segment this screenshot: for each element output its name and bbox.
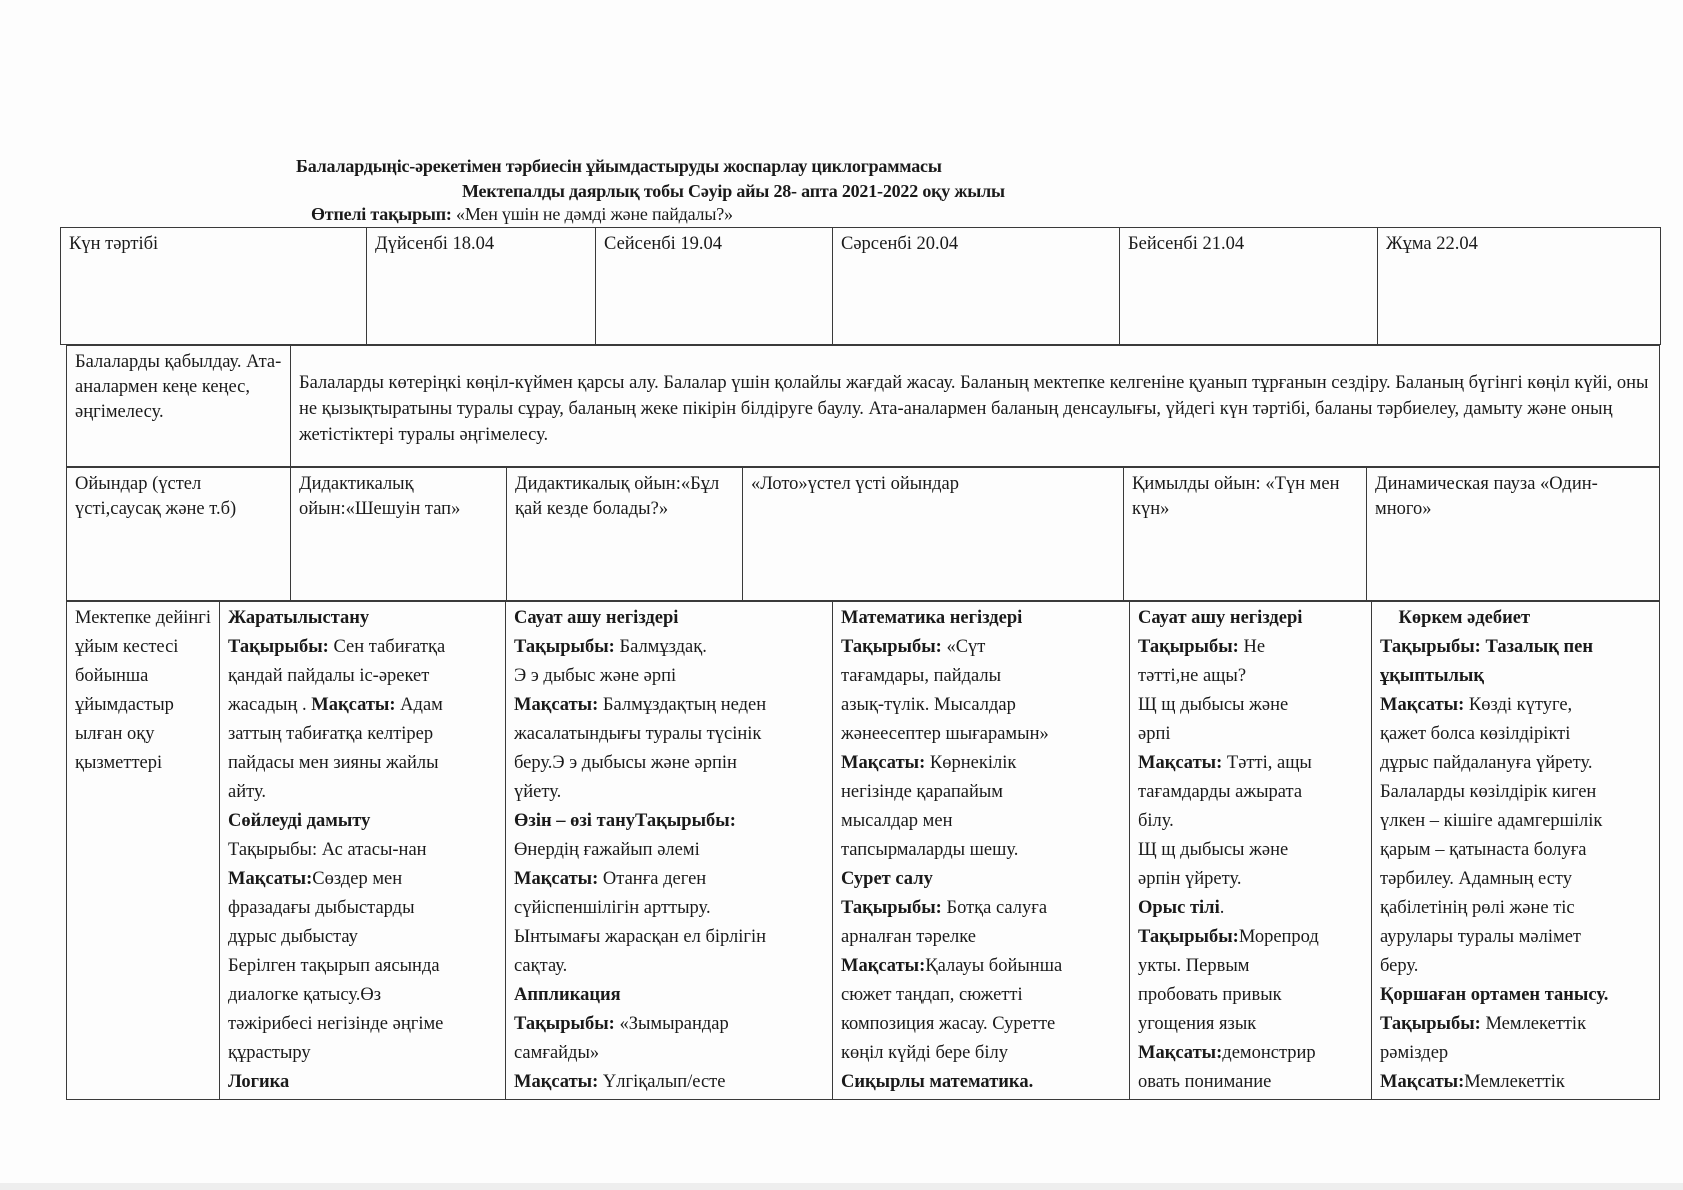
lesson-line: айту. [228, 778, 497, 807]
lesson-text: қабілетінің рөлі және тіс [1380, 898, 1575, 918]
lesson-text: укты. Первым [1138, 956, 1249, 976]
lesson-line: Жаратылыстану [228, 604, 497, 633]
lesson-text: Балмұздақ. [615, 637, 707, 657]
lesson-cell-wednesday: Математика негіздеріТақырыбы: «Сүттағамд… [833, 602, 1130, 1100]
game-cell-tuesday: Дидактикалық ойын:«Бұл қай кезде болады?… [507, 468, 743, 601]
lesson-line: үйету. [514, 778, 824, 807]
lesson-heading-text: Мақсаты: [514, 1072, 598, 1092]
lesson-text: Адам [396, 695, 443, 715]
lesson-line: Тақырыбы: «Зымырандар [514, 1010, 824, 1039]
lesson-text: Ынтымағы жарасқан ел бірлігін [514, 927, 766, 947]
transition-topic: Өтпелі тақырып: «Мен үшін не дәмді және … [311, 204, 733, 225]
lesson-line: Мақсаты:Мемлекеттік [1380, 1068, 1651, 1097]
document-title: Балалардыңіс-әрекетімен тәрбиесін ұйымда… [296, 156, 942, 177]
lesson-text: пайдасы мен зияны жайлы [228, 753, 439, 773]
lesson-text: құрастыру [228, 1043, 311, 1063]
lesson-line: үлкен – кішіге адамгершілік [1380, 807, 1651, 836]
lesson-text: негізінде қарапайым [841, 782, 1003, 802]
lesson-heading-text: Жаратылыстану [228, 608, 369, 628]
lesson-heading-text: Тақырыбы: [1138, 927, 1239, 947]
lesson-heading-text: Мақсаты: [311, 695, 395, 715]
lesson-text: арналған тәрелке [841, 927, 976, 947]
lesson-text: Ботқа салуға [942, 898, 1047, 918]
lesson-text: Берілген тақырып аясында [228, 956, 440, 976]
lesson-line: Тақырыбы: Ботқа салуға [841, 894, 1121, 923]
lesson-line: Математика негіздері [841, 604, 1121, 633]
lesson-text: үлкен – кішіге адамгершілік [1380, 811, 1602, 831]
day-cell-monday: Дүйсенбі 18.04 [367, 228, 596, 345]
lesson-line: құрастыру [228, 1039, 497, 1068]
lesson-heading-text: ұқыптылық [1380, 666, 1484, 686]
lesson-line: Ынтымағы жарасқан ел бірлігін [514, 923, 824, 952]
lesson-text: заттың табиғатқа келтірер [228, 724, 433, 744]
lesson-line: Мақсаты: Отанға деген [514, 865, 824, 894]
lesson-line: ұқыптылық [1380, 662, 1651, 691]
lesson-text: азық-түлік. Мысалдар [841, 695, 1016, 715]
lesson-line: Сөйлеуді дамыту [228, 807, 497, 836]
lesson-line: мысалдар мен [841, 807, 1121, 836]
lesson-line: Өзін – өзі тануТақырыбы: [514, 807, 824, 836]
lesson-line: укты. Первым [1138, 952, 1363, 981]
lesson-heading-text: Мақсаты: [1380, 695, 1464, 715]
lesson-text: Өнердің ғажайып әлемі [514, 840, 700, 860]
lesson-text: беру.Э э дыбысы және әрпін [514, 753, 737, 773]
lesson-line: Берілген тақырып аясында [228, 952, 497, 981]
lesson-text: айту. [228, 782, 266, 802]
lesson-text: әрпін үйрету. [1138, 869, 1242, 889]
lesson-line: овать понимание [1138, 1068, 1363, 1097]
lesson-heading-text: Мақсаты: [841, 956, 925, 976]
lesson-line: сүйіспеншілігін арттыру. [514, 894, 824, 923]
lesson-heading-text: Логика [228, 1072, 289, 1092]
lesson-line: Балаларды көзілдірік киген [1380, 778, 1651, 807]
lesson-line: заттың табиғатқа келтірер [228, 720, 497, 749]
lesson-heading-text: Тақырыбы: [1380, 1014, 1481, 1034]
lesson-line: Логика [228, 1068, 497, 1097]
lesson-text: . [1220, 898, 1225, 918]
lesson-text: жәнеесептер шығарамын» [841, 724, 1049, 744]
lesson-text: дұрыс дыбыстау [228, 927, 358, 947]
lesson-line: Тақырыбы:Морепрод [1138, 923, 1363, 952]
lesson-line: жасадың . Мақсаты: Адам [228, 691, 497, 720]
lesson-line: тапсырмаларды шешу. [841, 836, 1121, 865]
lesson-text: үйету. [514, 782, 561, 802]
lesson-text: Тақырыбы: Ас атасы-нан [228, 840, 427, 860]
game-cell-friday: Динамическая пауза «Один-много» [1367, 468, 1660, 601]
lesson-line: қажет болса көзілдірікті [1380, 720, 1651, 749]
lesson-heading-text: Тақырыбы: [841, 898, 942, 918]
lesson-line: Сиқырлы математика. [841, 1068, 1121, 1097]
lesson-text: қажет болса көзілдірікті [1380, 724, 1570, 744]
lesson-line: угощения язык [1138, 1010, 1363, 1039]
lesson-text: Көрнекілік [925, 753, 1016, 773]
lesson-text: тәтті,не ащы? [1138, 666, 1246, 686]
lesson-text: жасалатындығы туралы түсінік [514, 724, 761, 744]
lesson-heading-text: Өзін – өзі тануТақырыбы: [514, 811, 736, 831]
lesson-text: угощения язык [1138, 1014, 1256, 1034]
lesson-line: Тақырыбы: Сен табиғатқа [228, 633, 497, 662]
lesson-text: қандай пайдалы іс-әрекет [228, 666, 429, 686]
lesson-text: демонстрир [1222, 1043, 1315, 1063]
lesson-line: Орыс тілі. [1138, 894, 1363, 923]
lesson-text: композиция жасау. Суретте [841, 1014, 1055, 1034]
lesson-line: қарым – қатынаста болуға [1380, 836, 1651, 865]
lesson-text: «Зымырандар [615, 1014, 729, 1034]
lesson-text: тағамдарды ажырата [1138, 782, 1302, 802]
game-cell-monday: Дидактикалық ойын:«Шешуін тап» [291, 468, 507, 601]
lesson-text: аурулары туралы мәлімет [1380, 927, 1581, 947]
lesson-text: Мемлекеттік [1481, 1014, 1586, 1034]
games-label-cell: Ойындар (үстел үсті,саусақ және т.б) [67, 468, 291, 601]
lesson-heading-text: Мақсаты: [1380, 1072, 1464, 1092]
lesson-cell-thursday: Сауат ашу негіздеріТақырыбы: Нетәтті,не … [1130, 602, 1372, 1100]
lesson-line: самғайды» [514, 1039, 824, 1068]
lesson-line: Сауат ашу негіздері [514, 604, 824, 633]
lesson-heading-text: Мақсаты: [1138, 753, 1222, 773]
lesson-line: Мақсаты:демонстрир [1138, 1039, 1363, 1068]
lesson-text: Балмұздақтың неден [598, 695, 766, 715]
lesson-text: рәміздер [1380, 1043, 1448, 1063]
lesson-heading-text: Сауат ашу негіздері [514, 608, 678, 628]
lesson-line: білу. [1138, 807, 1363, 836]
days-header-row: Күн тәртібі Дүйсенбі 18.04 Сейсенбі 19.0… [60, 227, 1661, 345]
lesson-line: жәнеесептер шығарамын» [841, 720, 1121, 749]
lesson-line: беру. [1380, 952, 1651, 981]
lesson-line: Тақырыбы: Не [1138, 633, 1363, 662]
lesson-line: тағамдарды ажырата [1138, 778, 1363, 807]
lesson-heading-text: Тақырыбы: [841, 637, 942, 657]
lesson-line: беру.Э э дыбысы және әрпін [514, 749, 824, 778]
lesson-cell-tuesday: Сауат ашу негіздеріТақырыбы: Балмұздақ.Э… [506, 602, 833, 1100]
lesson-line: негізінде қарапайым [841, 778, 1121, 807]
lesson-line: аурулары туралы мәлімет [1380, 923, 1651, 952]
lesson-heading-text: Орыс тілі [1138, 898, 1220, 918]
lesson-line: әрпі [1138, 720, 1363, 749]
lesson-line: тағамдары, пайдалы [841, 662, 1121, 691]
lesson-line: Тақырыбы: «Сүт [841, 633, 1121, 662]
lesson-text: Қалауы бойынша [925, 956, 1062, 976]
day-cell-thursday: Бейсенбі 21.04 [1120, 228, 1378, 345]
lesson-heading-text: Тақырыбы: Тазалық пен [1380, 637, 1593, 657]
lesson-line: Мақсаты:Қалауы бойынша [841, 952, 1121, 981]
lesson-line: тәтті,не ащы? [1138, 662, 1363, 691]
lessons-label-cell: Мектепке дейінгі ұйым кестесі бойынша ұй… [67, 602, 220, 1100]
lesson-line: Щ щ дыбысы және [1138, 691, 1363, 720]
lesson-heading-text: Мақсаты: [1138, 1043, 1222, 1063]
lessons-row: Мектепке дейінгі ұйым кестесі бойынша ұй… [66, 601, 1660, 1100]
transition-topic-label: Өтпелі тақырып: [311, 204, 452, 224]
lesson-line: арналған тәрелке [841, 923, 1121, 952]
lesson-text: сюжет таңдап, сюжетті [841, 985, 1023, 1005]
lesson-text: сүйіспеншілігін арттыру. [514, 898, 711, 918]
lesson-line: Тақырыбы: Ас атасы-нан [228, 836, 497, 865]
document-subtitle: Мектепалды даярлық тобы Сәуір айы 28- ап… [462, 181, 1005, 202]
lesson-heading-text: Сауат ашу негіздері [1138, 608, 1302, 628]
lesson-line: жасалатындығы туралы түсінік [514, 720, 824, 749]
lesson-line: рәміздер [1380, 1039, 1651, 1068]
lesson-text: Балаларды көзілдірік киген [1380, 782, 1596, 802]
lesson-line: тәжірибесі негізінде әңгіме [228, 1010, 497, 1039]
lesson-cell-friday: Көркем әдебиетТақырыбы: Тазалық пенұқыпт… [1372, 602, 1660, 1100]
lesson-heading-text: Тақырыбы: [1138, 637, 1239, 657]
lesson-line: Мақсаты: Көзді күтуге, [1380, 691, 1651, 720]
lesson-text: тәрбилеу. Адамның есту [1380, 869, 1572, 889]
lesson-text: Щ щ дыбысы және [1138, 695, 1288, 715]
day-cell-tuesday: Сейсенбі 19.04 [596, 228, 833, 345]
lesson-heading-text: Көркем әдебиет [1380, 608, 1530, 628]
lesson-text: Сен табиғатқа [329, 637, 445, 657]
lesson-line: Қоршаған ортамен танысу. [1380, 981, 1651, 1010]
lesson-text: Көзді күтуге, [1464, 695, 1572, 715]
lesson-text: тағамдары, пайдалы [841, 666, 1001, 686]
lesson-line: әрпін үйрету. [1138, 865, 1363, 894]
lesson-line: тәрбилеу. Адамның есту [1380, 865, 1651, 894]
game-cell-wednesday: «Лото»үстел үсті ойындар [743, 468, 1124, 601]
lesson-heading-text: Тақырыбы: [514, 1014, 615, 1034]
reception-label-cell: Балаларды қабылдау. Ата-аналармен кеңе к… [67, 346, 291, 467]
game-cell-thursday: Қимылды ойын: «Түн мен күн» [1124, 468, 1367, 601]
lesson-line: азық-түлік. Мысалдар [841, 691, 1121, 720]
lesson-line: Сурет салу [841, 865, 1121, 894]
lesson-text: Тәтті, ащы [1222, 753, 1312, 773]
lesson-line: пайдасы мен зияны жайлы [228, 749, 497, 778]
lesson-text: жасадың . [228, 695, 311, 715]
lesson-line: дұрыс пайдалануға үйрету. [1380, 749, 1651, 778]
lesson-line: Өнердің ғажайып әлемі [514, 836, 824, 865]
lesson-text: Отанға деген [598, 869, 706, 889]
lesson-line: Мақсаты:Сөздер мен [228, 865, 497, 894]
page-edge [0, 1183, 1683, 1190]
lesson-heading-text: Мақсаты: [228, 869, 312, 889]
lesson-heading-text: Мақсаты: [514, 695, 598, 715]
lesson-text: беру. [1380, 956, 1418, 976]
lesson-heading-text: Мақсаты: [841, 753, 925, 773]
lesson-line: қабілетінің рөлі және тіс [1380, 894, 1651, 923]
lesson-heading-text: Математика негіздері [841, 608, 1022, 628]
lesson-text: қарым – қатынаста болуға [1380, 840, 1587, 860]
lesson-line: Э э дыбыс және әрпі [514, 662, 824, 691]
lesson-line: Мақсаты: Тәтті, ащы [1138, 749, 1363, 778]
lesson-line: Көркем әдебиет [1380, 604, 1651, 633]
lesson-heading-text: Тақырыбы: [228, 637, 329, 657]
schedule-label-cell: Күн тәртібі [61, 228, 367, 345]
lesson-text: тапсырмаларды шешу. [841, 840, 1018, 860]
lesson-line: Щ щ дыбысы және [1138, 836, 1363, 865]
lesson-text: Не [1239, 637, 1265, 657]
lesson-text: диалогке қатысу.Өз [228, 985, 381, 1005]
day-cell-wednesday: Сәрсенбі 20.04 [833, 228, 1120, 345]
lesson-line: диалогке қатысу.Өз [228, 981, 497, 1010]
games-row: Ойындар (үстел үсті,саусақ және т.б) Дид… [66, 467, 1660, 601]
lesson-heading-text: Аппликация [514, 985, 621, 1005]
lesson-text: сақтау. [514, 956, 567, 976]
lesson-heading-text: Сөйлеуді дамыту [228, 811, 370, 831]
lesson-heading-text: Сиқырлы математика. [841, 1072, 1033, 1092]
lesson-text: «Сүт [942, 637, 986, 657]
lesson-line: дұрыс дыбыстау [228, 923, 497, 952]
transition-topic-value: «Мен үшін не дәмді және пайдалы?» [456, 204, 733, 224]
lesson-text: Э э дыбыс және әрпі [514, 666, 676, 686]
lesson-text: Морепрод [1239, 927, 1319, 947]
lesson-heading-text: Мақсаты: [514, 869, 598, 889]
lesson-heading-text: Тақырыбы: [514, 637, 615, 657]
lesson-line: сақтау. [514, 952, 824, 981]
lesson-line: пробовать привык [1138, 981, 1363, 1010]
lesson-line: Сауат ашу негіздері [1138, 604, 1363, 633]
lesson-text: Мемлекеттік [1464, 1072, 1565, 1092]
lesson-text: мысалдар мен [841, 811, 953, 831]
lesson-line: Тақырыбы: Балмұздақ. [514, 633, 824, 662]
lesson-line: қандай пайдалы іс-әрекет [228, 662, 497, 691]
lesson-line: Мақсаты: Көрнекілік [841, 749, 1121, 778]
lesson-text: Үлгіқалып/есте [598, 1072, 725, 1092]
lesson-text: Щ щ дыбысы және [1138, 840, 1288, 860]
lesson-text: тәжірибесі негізінде әңгіме [228, 1014, 443, 1034]
lesson-line: сюжет таңдап, сюжетті [841, 981, 1121, 1010]
lesson-cell-monday: ЖаратылыстануТақырыбы: Сен табиғатқақанд… [220, 602, 506, 1100]
lesson-heading-text: Қоршаған ортамен танысу. [1380, 985, 1608, 1005]
lesson-line: фразадағы дыбыстарды [228, 894, 497, 923]
lesson-text: көңіл күйді бере білу [841, 1043, 1008, 1063]
reception-row: Балаларды қабылдау. Ата-аналармен кеңе к… [66, 345, 1660, 467]
lesson-text: дұрыс пайдалануға үйрету. [1380, 753, 1592, 773]
lesson-text: самғайды» [514, 1043, 599, 1063]
lesson-line: Тақырыбы: Мемлекеттік [1380, 1010, 1651, 1039]
lesson-line: Мақсаты: Балмұздақтың неден [514, 691, 824, 720]
lesson-text: Сөздер мен [312, 869, 402, 889]
day-cell-friday: Жұма 22.04 [1378, 228, 1661, 345]
lesson-text: пробовать привык [1138, 985, 1282, 1005]
lesson-text: білу. [1138, 811, 1174, 831]
lesson-line: Мақсаты: Үлгіқалып/есте [514, 1068, 824, 1097]
lesson-heading-text: Сурет салу [841, 869, 933, 889]
lesson-text: фразадағы дыбыстарды [228, 898, 415, 918]
lesson-line: композиция жасау. Суретте [841, 1010, 1121, 1039]
lesson-text: овать понимание [1138, 1072, 1271, 1092]
reception-text-cell: Балаларды көтеріңкі көңіл-күймен қарсы а… [291, 346, 1660, 467]
lesson-line: Аппликация [514, 981, 824, 1010]
lesson-text: әрпі [1138, 724, 1171, 744]
lesson-line: Тақырыбы: Тазалық пен [1380, 633, 1651, 662]
lesson-line: көңіл күйді бере білу [841, 1039, 1121, 1068]
